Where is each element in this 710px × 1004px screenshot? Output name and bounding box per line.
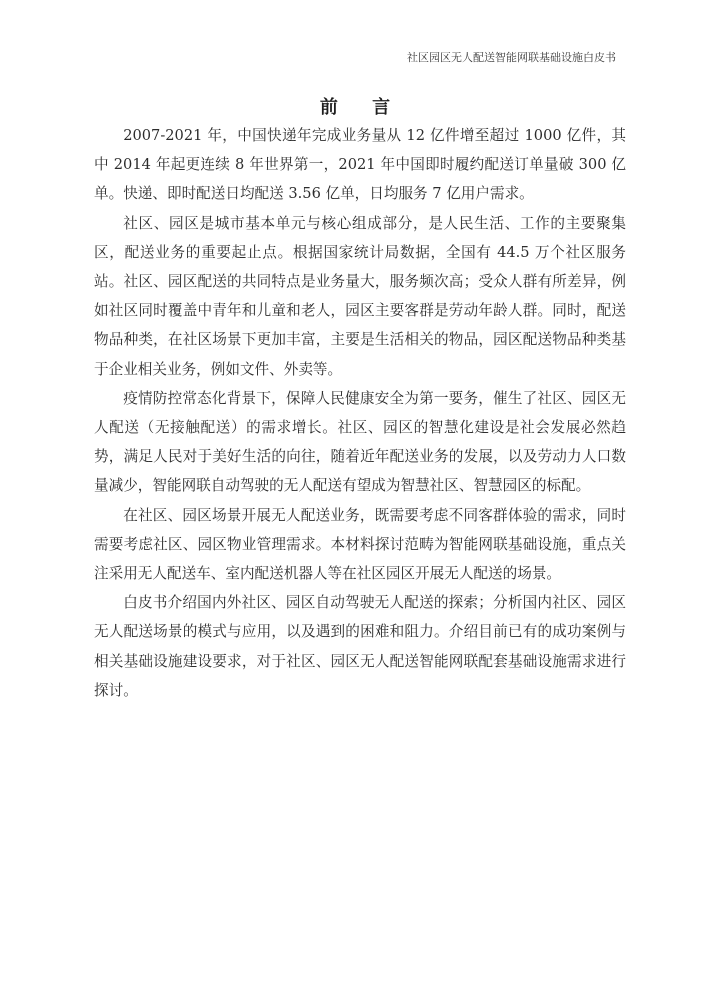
preface-body: 2007-2021 年，中国快递年完成业务量从 12 亿件增至超过 1000 亿… bbox=[94, 121, 626, 705]
page-title: 前 言 bbox=[0, 93, 710, 119]
paragraph-community-park: 社区、园区是城市基本单元与核心组成部分，是人民生活、工作的主要聚集区，配送业务的… bbox=[94, 209, 626, 384]
paragraph-whitepaper-summary: 白皮书介绍国内外社区、园区自动驾驶无人配送的探索；分析国内社区、园区无人配送场景… bbox=[94, 588, 626, 705]
paragraph-scope: 在社区、园区场景开展无人配送业务，既需要考虑不同客群体验的需求，同时需要考虑社区… bbox=[94, 501, 626, 589]
running-header: 社区园区无人配送智能网联基础设施白皮书 bbox=[407, 49, 616, 65]
paragraph-express-growth: 2007-2021 年，中国快递年完成业务量从 12 亿件增至超过 1000 亿… bbox=[94, 121, 626, 209]
paragraph-epidemic-demand: 疫情防控常态化背景下，保障人民健康安全为第一要务，催生了社区、园区无人配送（无接… bbox=[94, 384, 626, 501]
